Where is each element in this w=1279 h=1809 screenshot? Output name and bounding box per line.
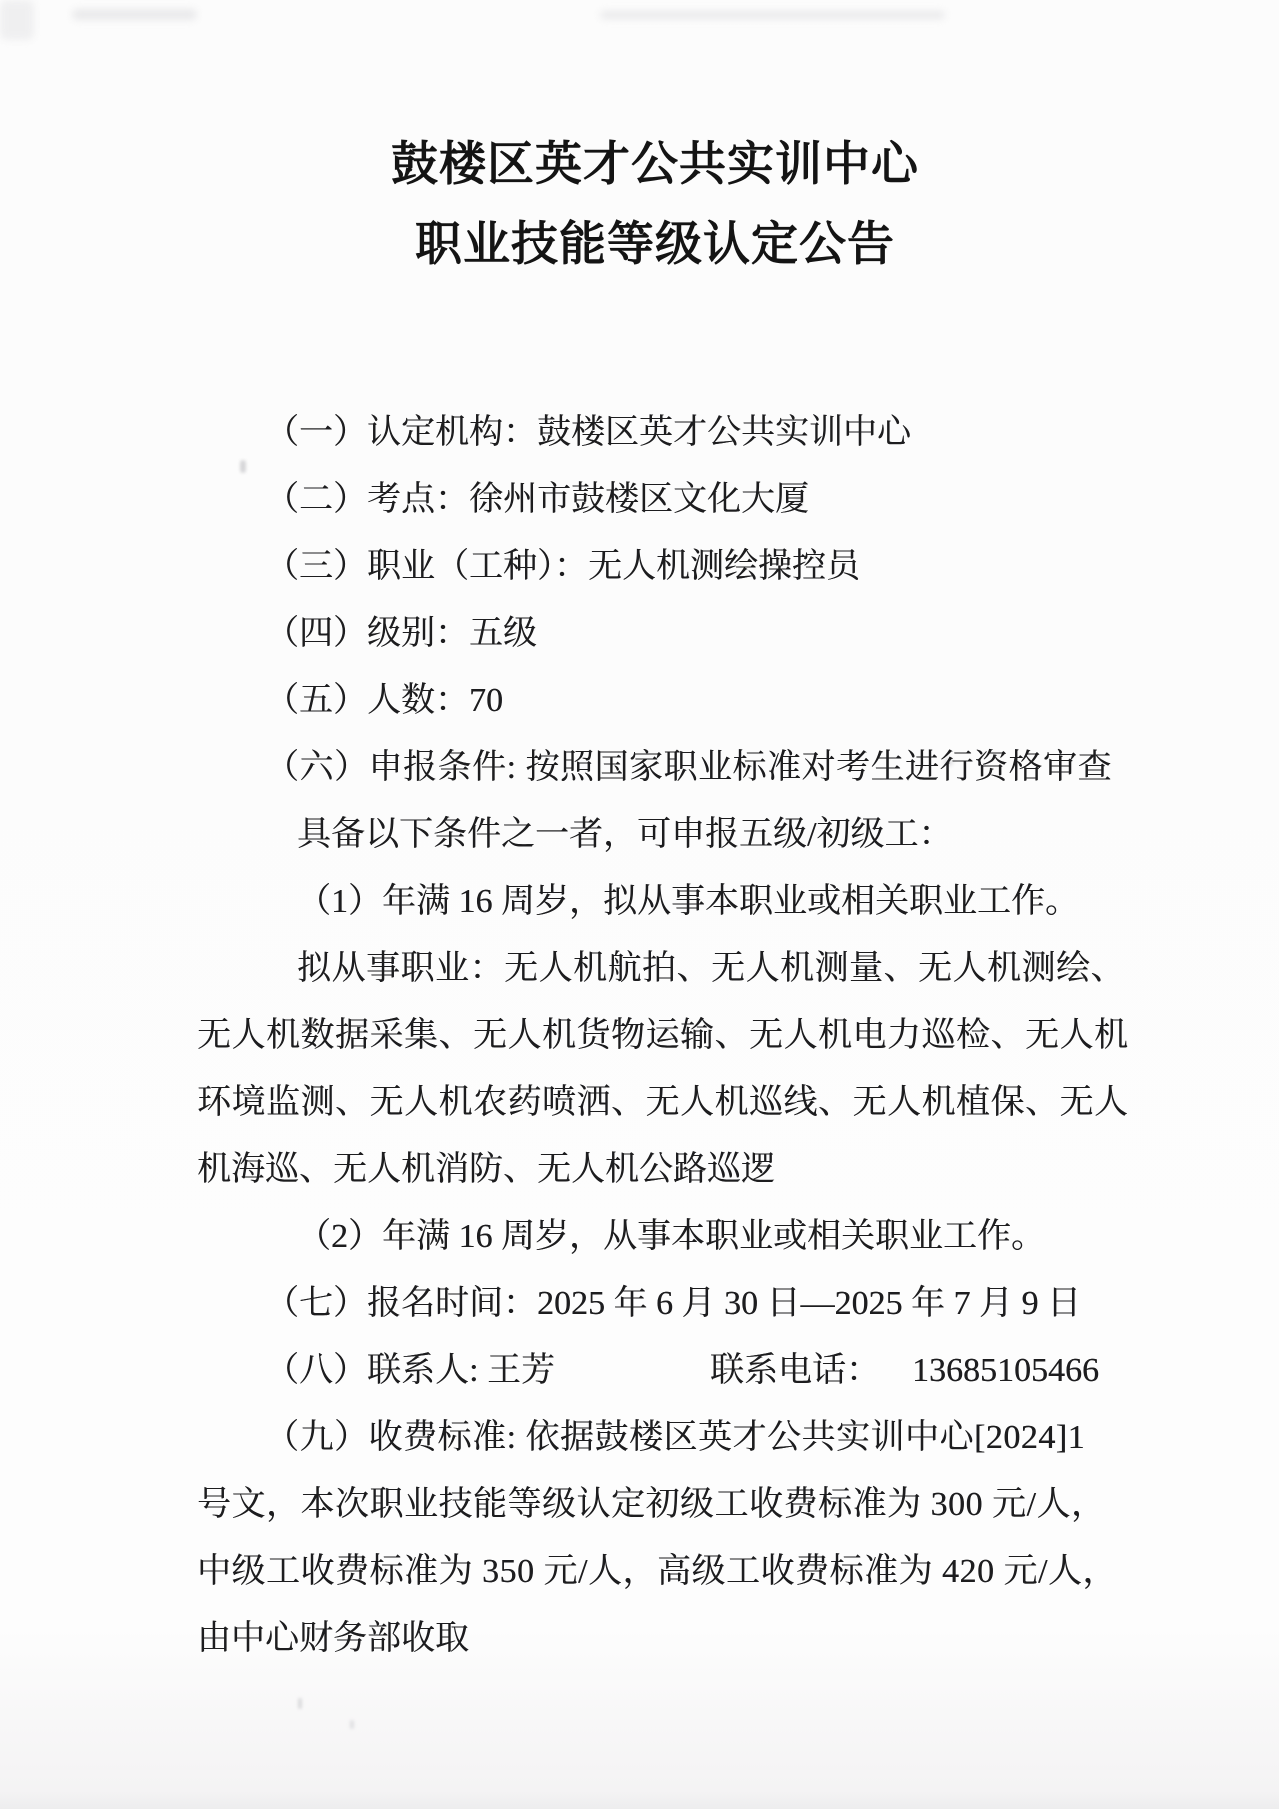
document-line: （1）年满 16 周岁，拟从事本职业或相关职业工作。 xyxy=(197,868,1113,935)
scan-artifact xyxy=(0,0,34,40)
document-line: （2）年满 16 周岁，从事本职业或相关职业工作。 xyxy=(197,1203,1113,1270)
document-line: （九）收费标准: 依据鼓楼区英才公共实训中心[2024]1 xyxy=(197,1404,1113,1471)
document-line: 无人机数据采集、无人机货物运输、无人机电力巡检、无人机 xyxy=(197,1002,1113,1069)
document-line: 拟从事职业：无人机航拍、无人机测量、无人机测绘、 xyxy=(197,935,1113,1002)
document-line: 由中心财务部收取 xyxy=(197,1605,1113,1672)
scan-artifact xyxy=(72,9,197,20)
scanned-document-page: 鼓楼区英才公共实训中心 职业技能等级认定公告 （一）认定机构：鼓楼区英才公共实训… xyxy=(0,0,1279,1809)
document-line: （二）考点：徐州市鼓楼区文化大厦 xyxy=(197,466,1113,533)
line-part: 联系电话： xyxy=(710,1337,880,1404)
line-part: （八）联系人: 王芳 xyxy=(265,1337,555,1404)
document-line: （五）人数：70 xyxy=(197,667,1113,734)
scan-artifact xyxy=(298,1698,302,1709)
document-line: （一）认定机构：鼓楼区英才公共实训中心 xyxy=(197,399,1113,466)
document-line: 环境监测、无人机农药喷洒、无人机巡线、无人机植保、无人 xyxy=(197,1069,1113,1136)
document-line: 中级工收费标准为 350 元/人，高级工收费标准为 420 元/人， xyxy=(197,1538,1113,1605)
document-line: 号文，本次职业技能等级认定初级工收费标准为 300 元/人， xyxy=(197,1471,1113,1538)
document-line: 具备以下条件之一者，可申报五级/初级工： xyxy=(197,801,1113,868)
line-part: 13685105466 xyxy=(912,1337,1099,1404)
document-body: （一）认定机构：鼓楼区英才公共实训中心（二）考点：徐州市鼓楼区文化大厦（三）职业… xyxy=(197,399,1113,1672)
document-line: （四）级别：五级 xyxy=(197,600,1113,667)
document-line: 机海巡、无人机消防、无人机公路巡逻 xyxy=(197,1136,1113,1203)
document-subtitle: 职业技能等级认定公告 xyxy=(197,221,1113,269)
document-line: （八）联系人: 王芳联系电话：13685105466 xyxy=(197,1337,1113,1404)
document-line: （三）职业（工种）：无人机测绘操控员 xyxy=(197,533,1113,600)
document-content: 鼓楼区英才公共实训中心 职业技能等级认定公告 （一）认定机构：鼓楼区英才公共实训… xyxy=(197,0,1113,1672)
document-title: 鼓楼区英才公共实训中心 xyxy=(197,141,1113,189)
scan-artifact xyxy=(350,1720,354,1729)
document-line: （六）申报条件: 按照国家职业标准对考生进行资格审查 xyxy=(197,734,1113,801)
document-line: （七）报名时间：2025 年 6 月 30 日—2025 年 7 月 9 日 xyxy=(197,1270,1113,1337)
